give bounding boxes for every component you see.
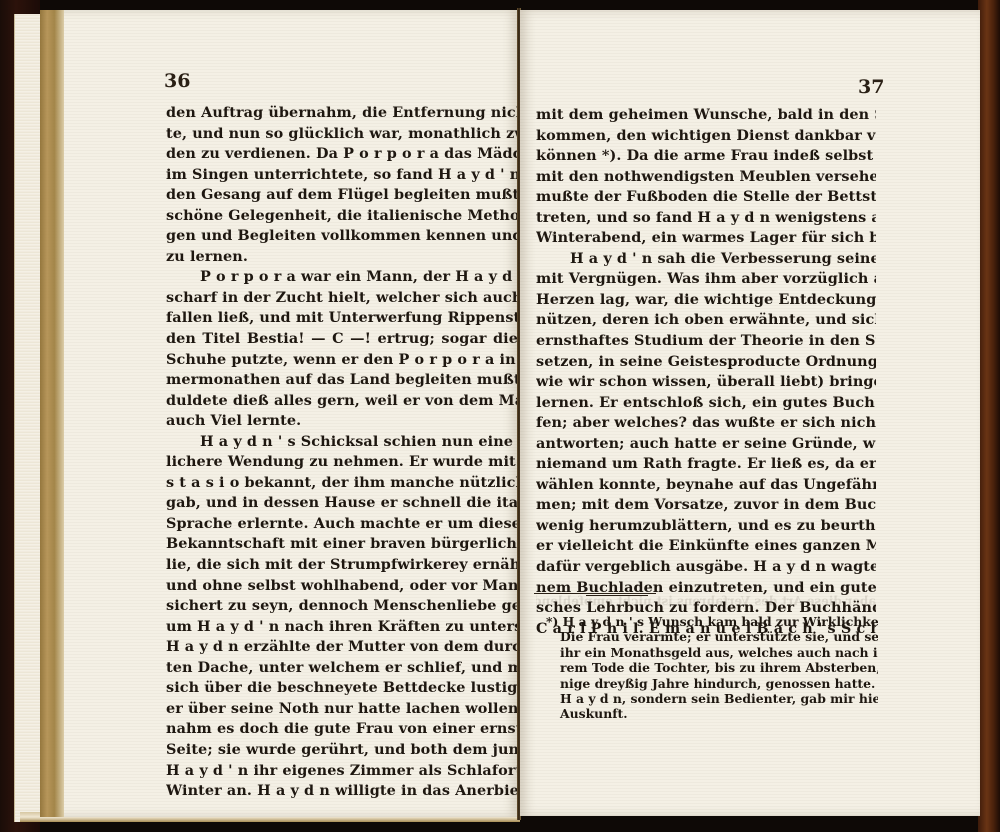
text-line: Bekanntschaft mit einer braven bürgerlic…: [166, 534, 518, 555]
text-line: sich über die beschneyete Bettdecke lust…: [166, 678, 518, 699]
footnote-line: rem Tode die Tochter, bis zu ihrem Abste…: [546, 660, 878, 675]
text-line: treten, und so fand H a y d n wenigstens…: [536, 208, 876, 229]
text-line: zu lernen.: [166, 247, 518, 268]
text-line: den Titel Bestia! — C —! ertrug; sogar d…: [166, 329, 518, 350]
text-line: den Auftrag übernahm, die Entfernung nic…: [166, 103, 518, 124]
text-line: nahm es doch die gute Frau von einer ern…: [166, 719, 518, 740]
text-line: lichere Wendung zu nehmen. Er wurde mit …: [166, 452, 518, 473]
text-line: sichert zu seyn, dennoch Menschenliebe g…: [166, 596, 518, 617]
text-line: auch Viel lernte.: [166, 411, 518, 432]
text-line: dafür vergeblich ausgäbe. H a y d n wagt…: [536, 557, 876, 578]
paragraph-start: H a y d n ' s Schicksal schien nun eine …: [166, 432, 518, 453]
text-line: kommen, den wichtigen Dienst dankbar ver…: [536, 126, 876, 147]
page-number-right: 37: [858, 76, 884, 98]
text-line: setzen, in seine Geistesproducte Ordnung…: [536, 352, 876, 373]
text-line: mit dem geheimen Wunsche, bald in den St…: [536, 105, 876, 126]
footnote-line: H a y d n, sondern sein Bedienter, gab m…: [546, 691, 878, 706]
left-page: 36 den Auftrag übernahm, die Entfernung …: [40, 10, 518, 817]
footnote: *) H a y d n ' s Wunsch kam bald zur Wir…: [546, 614, 878, 722]
text-line: schöne Gelegenheit, die italienische Met…: [166, 206, 518, 227]
footnote-line: nige dreyßig Jahre hindurch, genossen ha…: [546, 676, 878, 691]
text-line: ernsthaftes Studium der Theorie in den S…: [536, 331, 876, 352]
text-line: antworten; auch hatte er seine Gründe, w…: [536, 434, 876, 455]
text-line: Seite; sie wurde gerührt, und both dem j…: [166, 740, 518, 761]
page-number-left: 36: [164, 70, 190, 92]
text-line: um H a y d ' n nach ihren Kräften zu unt…: [166, 617, 518, 638]
footnote-line: ihr ein Monathsgeld aus, welches auch na…: [546, 645, 878, 660]
text-line: H a y d n erzählte der Mutter von dem du…: [166, 637, 518, 658]
text-line: wie wir schon wissen, überall liebt) bri…: [536, 372, 876, 393]
text-line: niemand um Rath fragte. Er ließ es, da e…: [536, 454, 876, 475]
footnote-divider: [534, 593, 656, 594]
text-line: den zu verdienen. Da P o r p o r a das M…: [166, 144, 518, 165]
text-line: wählen konnte, beynahe auf das Ungefähr …: [536, 475, 876, 496]
text-line: Winter an. H a y d n willigte in das Ane…: [166, 781, 518, 802]
text-line: nützen, deren ich oben erwähnte, und sic…: [536, 310, 876, 331]
text-line: lernen. Er entschloß sich, ein gutes Buc…: [536, 393, 876, 414]
footnote-line: Auskunft.: [546, 706, 878, 721]
text-line: ten Dache, unter welchem er schlief, und…: [166, 658, 518, 679]
text-line: Schuhe putzte, wenn er den P o r p o r a…: [166, 350, 518, 371]
book-cover-right: [978, 0, 1000, 832]
footnote-divider-secondary: [586, 595, 648, 596]
text-line: im Singen unterrichtete, so fand H a y d…: [166, 165, 518, 186]
paragraph-start: P o r p o r a war ein Mann, der H a y d …: [166, 267, 518, 288]
page-edges-left: [14, 14, 41, 822]
text-line: mußte der Fußboden die Stelle der Bettst…: [536, 187, 876, 208]
text-line: H a y d ' n ihr eigenes Zimmer als Schla…: [166, 761, 518, 782]
right-page: 37 mit dem geheimen Wunsche, bald in den…: [520, 10, 980, 816]
text-line: duldete dieß alles gern, weil er von dem…: [166, 391, 518, 412]
text-line: scharf in der Zucht hielt, welcher sich …: [166, 288, 518, 309]
text-line: können *). Da die arme Frau indeß selbst…: [536, 146, 876, 167]
text-line: gen und Begleiten vollkommen kennen und …: [166, 226, 518, 247]
text-line: und ohne selbst wohlhabend, oder vor Man…: [166, 576, 518, 597]
left-page-text: den Auftrag übernahm, die Entfernung nic…: [166, 103, 518, 802]
text-line: mermonathen auf das Land begleiten mußte…: [166, 370, 518, 391]
text-line: men; mit dem Vorsatze, zuvor in dem Buch…: [536, 495, 876, 516]
text-line: er vielleicht die Einkünfte eines ganzen…: [536, 536, 876, 557]
text-line: er über seine Noth nur hatte lachen woll…: [166, 699, 518, 720]
text-line: lie, die sich mit der Strumpfwirkerey er…: [166, 555, 518, 576]
text-line: den Gesang auf dem Flügel begleiten mußt…: [166, 185, 518, 206]
text-line: fen; aber welches? das wußte er sich nic…: [536, 413, 876, 434]
text-line: fallen ließ, und mit Unterwerfung Rippen…: [166, 308, 518, 329]
text-line: Sprache erlernte. Auch machte er um dies…: [166, 514, 518, 535]
text-line: Herzen lag, war, die wichtige Entdeckung…: [536, 290, 876, 311]
text-line: gab, und in dessen Hause er schnell die …: [166, 493, 518, 514]
text-line: s t a s i o bekannt, der ihm manche nütz…: [166, 473, 518, 494]
text-line: mit den nothwendigsten Meublen versehen …: [536, 167, 876, 188]
text-line: mit Vergnügen. Was ihm aber vorzüglich a…: [536, 269, 876, 290]
paragraph-start: H a y d ' n sah die Verbesserung seiner …: [536, 249, 876, 270]
footnote-line: Die Frau verarmte; er unterstützte sie, …: [546, 629, 878, 644]
footnote-line: *) H a y d n ' s Wunsch kam bald zur Wir…: [546, 614, 878, 629]
right-page-text: mit dem geheimen Wunsche, bald in den St…: [536, 105, 876, 639]
binding-stain: [40, 10, 64, 817]
text-line: Winterabend, ein warmes Lager für sich b…: [536, 228, 876, 249]
text-line: te, und nun so glücklich war, monathlich…: [166, 124, 518, 145]
text-line: wenig herumzublättern, und es zu beurthe…: [536, 516, 876, 537]
